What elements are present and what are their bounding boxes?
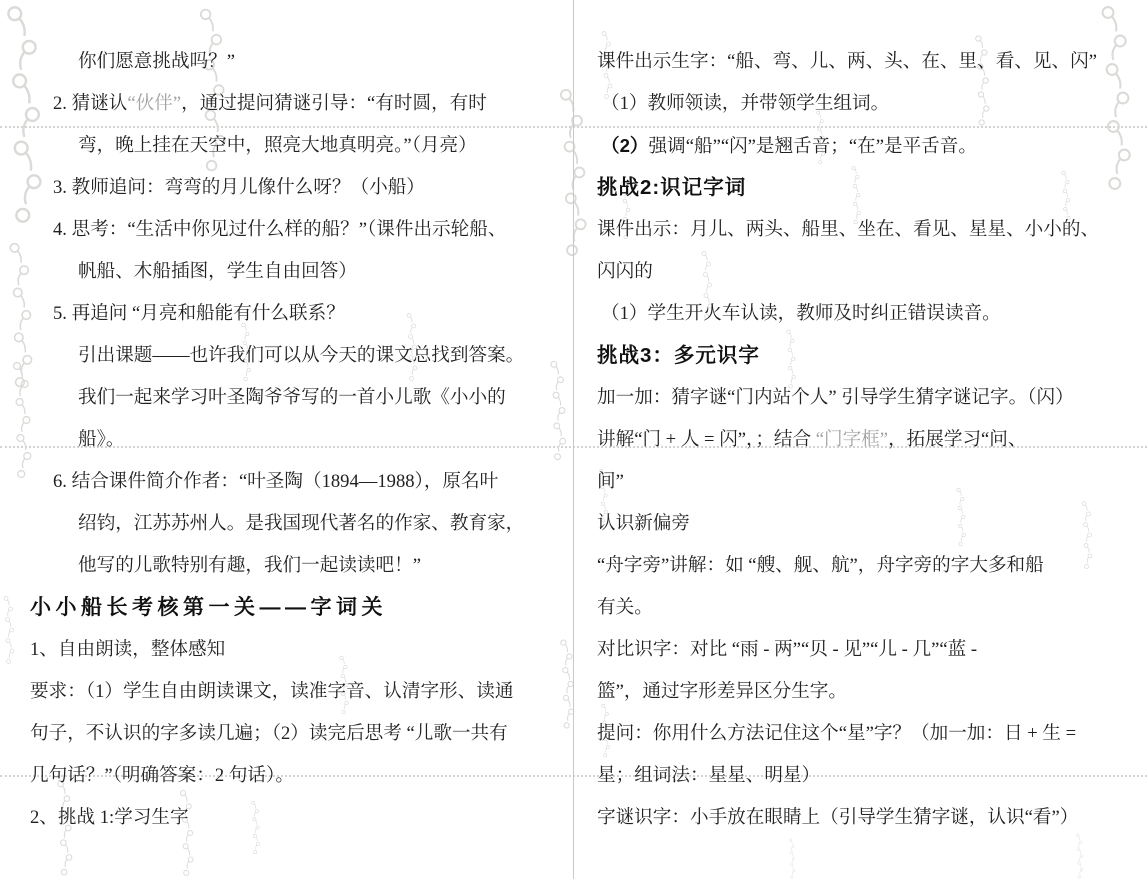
text-line: 有关。 xyxy=(597,587,1142,629)
text-line: 提问：你用什么方法记住这个“星”字？（加一加：日 + 生 = xyxy=(597,713,1142,755)
squiggle-watermark-icon xyxy=(558,638,578,730)
heading-line: 挑战3：多元识字 xyxy=(597,335,1142,377)
text-line: 2. 猜谜认“伙伴”，通过提问猜谜引导：“有时圆，有时 xyxy=(30,83,560,125)
text-line: 他写的儿歌特别有趣，我们一起读读吧！” xyxy=(30,545,560,587)
text-line: （1）教师领读，并带领学生组词。 xyxy=(597,83,1142,125)
text-line: （2）强调“船”“闪”是翘舌音；“在”是平舌音。 xyxy=(597,125,1142,167)
text-line: “舟字旁”讲解：如 “艘、舰、航”，舟字旁的字大多和船 xyxy=(597,545,1142,587)
text-line: 对比识字：对比 “雨 - 两”“贝 - 见”“儿 - 几”“蓝 - xyxy=(597,629,1142,671)
text-line: 船》。 xyxy=(30,419,560,461)
text-line: 要求：（1）学生自由朗读课文，读准字音、认清字形、读通 xyxy=(30,671,560,713)
text-line: 星；组词法：星星、明星） xyxy=(597,755,1142,797)
faded-text: “伙伴” xyxy=(127,93,181,114)
text-line: 我们一起来学习叶圣陶爷爷写的一首小儿歌《小小的 xyxy=(30,377,560,419)
text-run: ，拓展学习“问、 xyxy=(888,429,1026,450)
column-divider xyxy=(573,0,574,879)
squiggle-watermark-icon xyxy=(2,595,17,665)
text-line: 4. 思考：“生活中你见过什么样的船？”（课件出示轮船、 xyxy=(30,209,560,251)
text-line: 你们愿意挑战吗？” xyxy=(30,41,560,83)
text-line: 篮”，通过字形差异区分生字。 xyxy=(597,671,1142,713)
document-page: 你们愿意挑战吗？”2. 猜谜认“伙伴”，通过提问猜谜引导：“有时圆，有时弯，晚上… xyxy=(0,0,1147,879)
text-line: 引出课题——也许我们可以从今天的课文总找到答案。 xyxy=(30,335,560,377)
left-text-column: 你们愿意挑战吗？”2. 猜谜认“伙伴”，通过提问猜谜引导：“有时圆，有时弯，晚上… xyxy=(30,41,560,839)
text-line: 加一加：猜字谜“门内站个人” 引导学生猜字谜记字。（闪） xyxy=(597,377,1142,419)
right-text-column: 课件出示生字：“船、弯、儿、两、头、在、里、看、见、闪”（1）教师领读，并带领学… xyxy=(597,41,1142,839)
squiggle-watermark-icon xyxy=(1075,833,1085,879)
text-line: 3. 教师追问：弯弯的月儿像什么呀？（小船） xyxy=(30,167,560,209)
text-run: 2. 猜谜认 xyxy=(53,93,127,114)
squiggle-watermark-icon xyxy=(788,838,797,879)
text-line: 1、自由朗读，整体感知 xyxy=(30,629,560,671)
text-line: 弯，晚上挂在天空中，照亮大地真明亮。”（月亮） xyxy=(30,125,560,167)
text-line: 间” xyxy=(597,461,1142,503)
text-run: ，通过提问猜谜引导：“有时圆，有时 xyxy=(181,93,487,114)
text-line: 帆船、木船插图，学生自由回答） xyxy=(30,251,560,293)
squiggle-watermark-icon xyxy=(556,85,593,260)
text-line: 讲解“门 + 人 = 闪”，；结合 “门字框”，拓展学习“问、 xyxy=(597,419,1142,461)
text-line: 绍钧，江苏苏州人。是我国现代著名的作家、教育家， xyxy=(30,503,560,545)
text-run: 强调“船”“闪”是翘舌音；“在”是平舌音。 xyxy=(649,136,977,157)
text-line: （1）学生开火车认读，教师及时纠正错误读音。 xyxy=(597,293,1142,335)
text-line: 认识新偏旁 xyxy=(597,503,1142,545)
faded-text: “门字框” xyxy=(816,429,888,450)
heading-line: 小小船长考核第一关——字词关 xyxy=(30,587,560,629)
heading-line: 挑战2:识记字词 xyxy=(597,167,1142,209)
text-line: 6. 结合课件简介作者：“叶圣陶（1894—1988），原名叶 xyxy=(30,461,560,503)
text-line: 句子，不认识的字多读几遍；（2）读完后思考 “儿歌一共有 xyxy=(30,713,560,755)
text-line: 字谜识字：小手放在眼睛上（引导学生猜字谜，认识“看”） xyxy=(597,797,1142,839)
bold-prefix: （2） xyxy=(601,135,649,156)
text-line: 2、挑战 1:学习生字 xyxy=(30,797,560,839)
text-line: 课件出示：月儿、两头、船里、坐在、看见、星星、小小的、 xyxy=(597,209,1142,251)
text-run: 讲解“门 + 人 = 闪”，；结合 xyxy=(597,429,816,450)
text-line: 5. 再追问 “月亮和船能有什么联系？ xyxy=(30,293,560,335)
text-line: 闪闪的 xyxy=(597,251,1142,293)
text-line: 课件出示生字：“船、弯、儿、两、头、在、里、看、见、闪” xyxy=(597,41,1142,83)
text-line: 几句话？”（明确答案：2 句话）。 xyxy=(30,755,560,797)
